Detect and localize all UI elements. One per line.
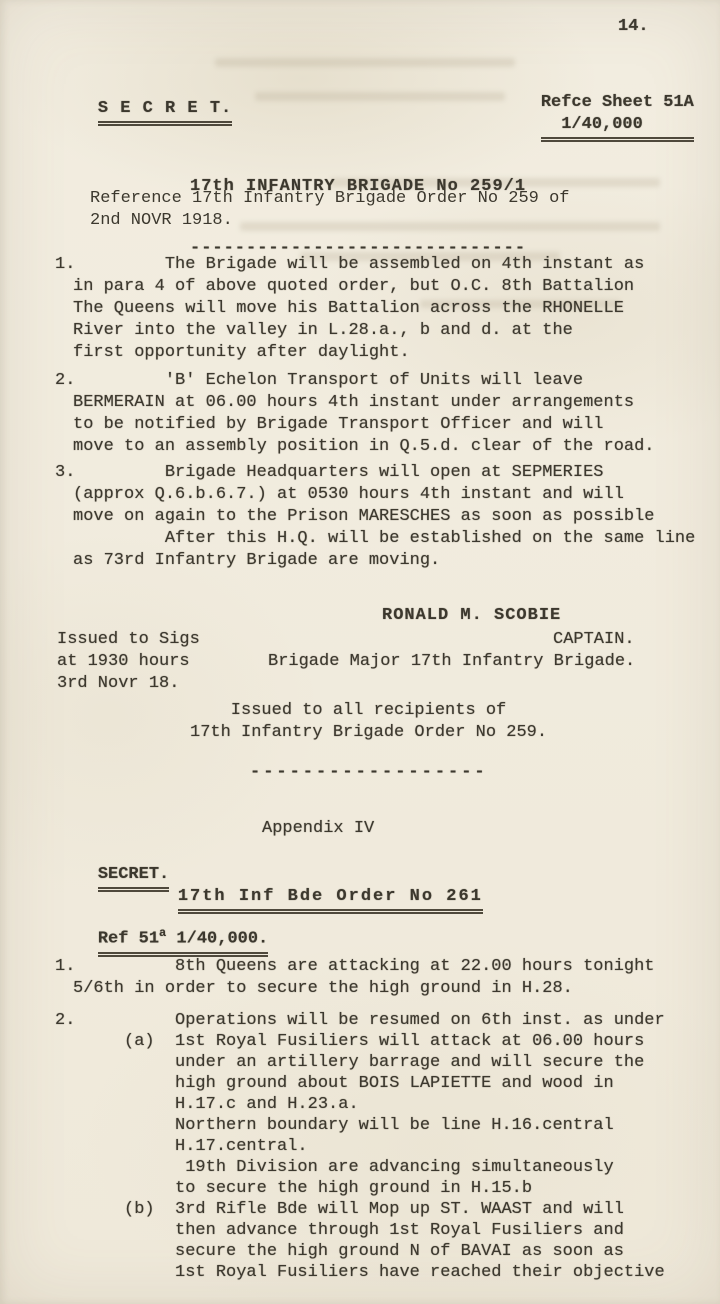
text-line: under an artillery barrage and will secu… <box>73 1052 665 1073</box>
paragraph-body: 8th Queens are attacking at 22.00 hours … <box>73 956 655 1000</box>
map-ref-pre: Ref 51 <box>98 930 159 949</box>
appendix-paragraph-2: 2. Operations will be resumed on 6th ins… <box>55 1010 665 1283</box>
text-line: (b) 3rd Rifle Bde will Mop up ST. WAAST … <box>73 1199 665 1220</box>
paragraph-body: Operations will be resumed on 6th inst. … <box>73 1010 665 1283</box>
text-line: secure the high ground N of BAVAI as soo… <box>73 1241 665 1262</box>
text-line: 1/40,000 <box>541 114 694 136</box>
text-line: to secure the high ground in H.15.b <box>73 1178 665 1199</box>
map-ref-post: 1/40,000. <box>166 930 268 949</box>
order-paragraph-3: 3. Brigade Headquarters will open at SEP… <box>55 462 695 572</box>
sheet-ref-text: Refce Sheet 51A 1/40,000 <box>541 92 694 142</box>
text-line: (a) 1st Royal Fusiliers will attack at 0… <box>73 1031 665 1052</box>
text-line: to be notified by Brigade Transport Offi… <box>73 414 655 436</box>
paragraph-number: 1. <box>55 254 75 276</box>
text-line: Issued to all recipients of <box>190 700 547 722</box>
paragraph-number: 2. <box>55 1010 75 1032</box>
paragraph-body: 'B' Echelon Transport of Units will leav… <box>73 370 655 458</box>
page-number: 14. <box>618 16 649 38</box>
paragraph-number: 2. <box>55 370 75 392</box>
text-line: River into the valley in L.28.a., b and … <box>73 320 644 342</box>
paragraph-body: The Brigade will be assembled on 4th ins… <box>73 254 644 364</box>
text-line: H.17.central. <box>73 1136 665 1157</box>
text-line: Brigade Headquarters will open at SEPMER… <box>73 462 695 484</box>
signatory-role: Brigade Major 17th Infantry Brigade. <box>268 651 635 673</box>
text-line: high ground about BOIS LAPIETTE and wood… <box>73 1073 665 1094</box>
text-line: at 1930 hours <box>57 651 200 673</box>
section-separator: ------------------ <box>250 762 488 784</box>
text-line: as 73rd Infantry Brigade are moving. <box>73 550 695 572</box>
text-line: then advance through 1st Royal Fusiliers… <box>73 1220 665 1241</box>
recipients-note: Issued to all recipients of17th Infantry… <box>190 700 547 744</box>
reference-paragraph: Reference 17th Infantry Brigade Order No… <box>90 188 569 232</box>
text-line: first opportunity after daylight. <box>73 342 644 364</box>
text-line: 19th Division are advancing simultaneous… <box>73 1157 665 1178</box>
text-line: move to an assembly position in Q.5.d. c… <box>73 436 655 458</box>
paragraph-number: 3. <box>55 462 75 484</box>
text-line: Reference 17th Infantry Brigade Order No… <box>90 188 569 210</box>
text-line: 8th Queens are attacking at 22.00 hours … <box>73 956 655 978</box>
text-line: 5/6th in order to secure the high ground… <box>73 978 655 1000</box>
text-line: 3rd Novr 18. <box>57 673 200 695</box>
text-line: The Queens will move his Battalion acros… <box>73 298 644 320</box>
showthrough-mark <box>215 58 515 67</box>
text-line: move on again to the Prison MARESCHES as… <box>73 506 695 528</box>
text-line: Operations will be resumed on 6th inst. … <box>73 1010 665 1031</box>
text-line: 'B' Echelon Transport of Units will leav… <box>73 370 655 392</box>
order-paragraph-2: 2. 'B' Echelon Transport of Units will l… <box>55 370 655 458</box>
issued-to-sigs-block: Issued to Sigsat 1930 hours3rd Novr 18. <box>57 629 200 695</box>
text-line: (approx Q.6.b.6.7.) at 0530 hours 4th in… <box>73 484 695 506</box>
document-page: 14. S E C R E T. Refce Sheet 51A 1/40,00… <box>0 0 720 1304</box>
signatory-rank: CAPTAIN. <box>553 629 635 651</box>
text-line: H.17.c and H.23.a. <box>73 1094 665 1115</box>
text-line: in para 4 of above quoted order, but O.C… <box>73 276 644 298</box>
text-line: BERMERAIN at 06.00 hours 4th instant und… <box>73 392 655 414</box>
text-line: After this H.Q. will be established on t… <box>73 528 695 550</box>
text-line: Issued to Sigs <box>57 629 200 651</box>
text-line: 17th Infantry Brigade Order No 259. <box>190 722 547 744</box>
order-paragraph-1: 1. The Brigade will be assembled on 4th … <box>55 254 644 364</box>
appendix-paragraph-1: 1. 8th Queens are attacking at 22.00 hou… <box>55 956 655 1000</box>
paragraph-number: 1. <box>55 956 75 978</box>
map-ref-text: Ref 51a 1/40,000. <box>98 922 268 957</box>
text-line: The Brigade will be assembled on 4th ins… <box>73 254 644 276</box>
showthrough-mark <box>255 92 505 101</box>
paragraph-body: Brigade Headquarters will open at SEPMER… <box>73 462 695 572</box>
appendix-heading: Appendix IV <box>262 818 374 840</box>
map-sheet-reference: Refce Sheet 51A 1/40,000 <box>500 70 694 164</box>
text-line: Northern boundary will be line H.16.cent… <box>73 1115 665 1136</box>
text-line: 1st Royal Fusiliers have reached their o… <box>73 1262 665 1283</box>
text-line: Refce Sheet 51A <box>541 92 694 114</box>
signatory-name: RONALD M. SCOBIE <box>382 605 561 627</box>
text-line: 2nd NOVR 1918. <box>90 210 569 232</box>
secret-label: S E C R E T. <box>98 98 232 126</box>
